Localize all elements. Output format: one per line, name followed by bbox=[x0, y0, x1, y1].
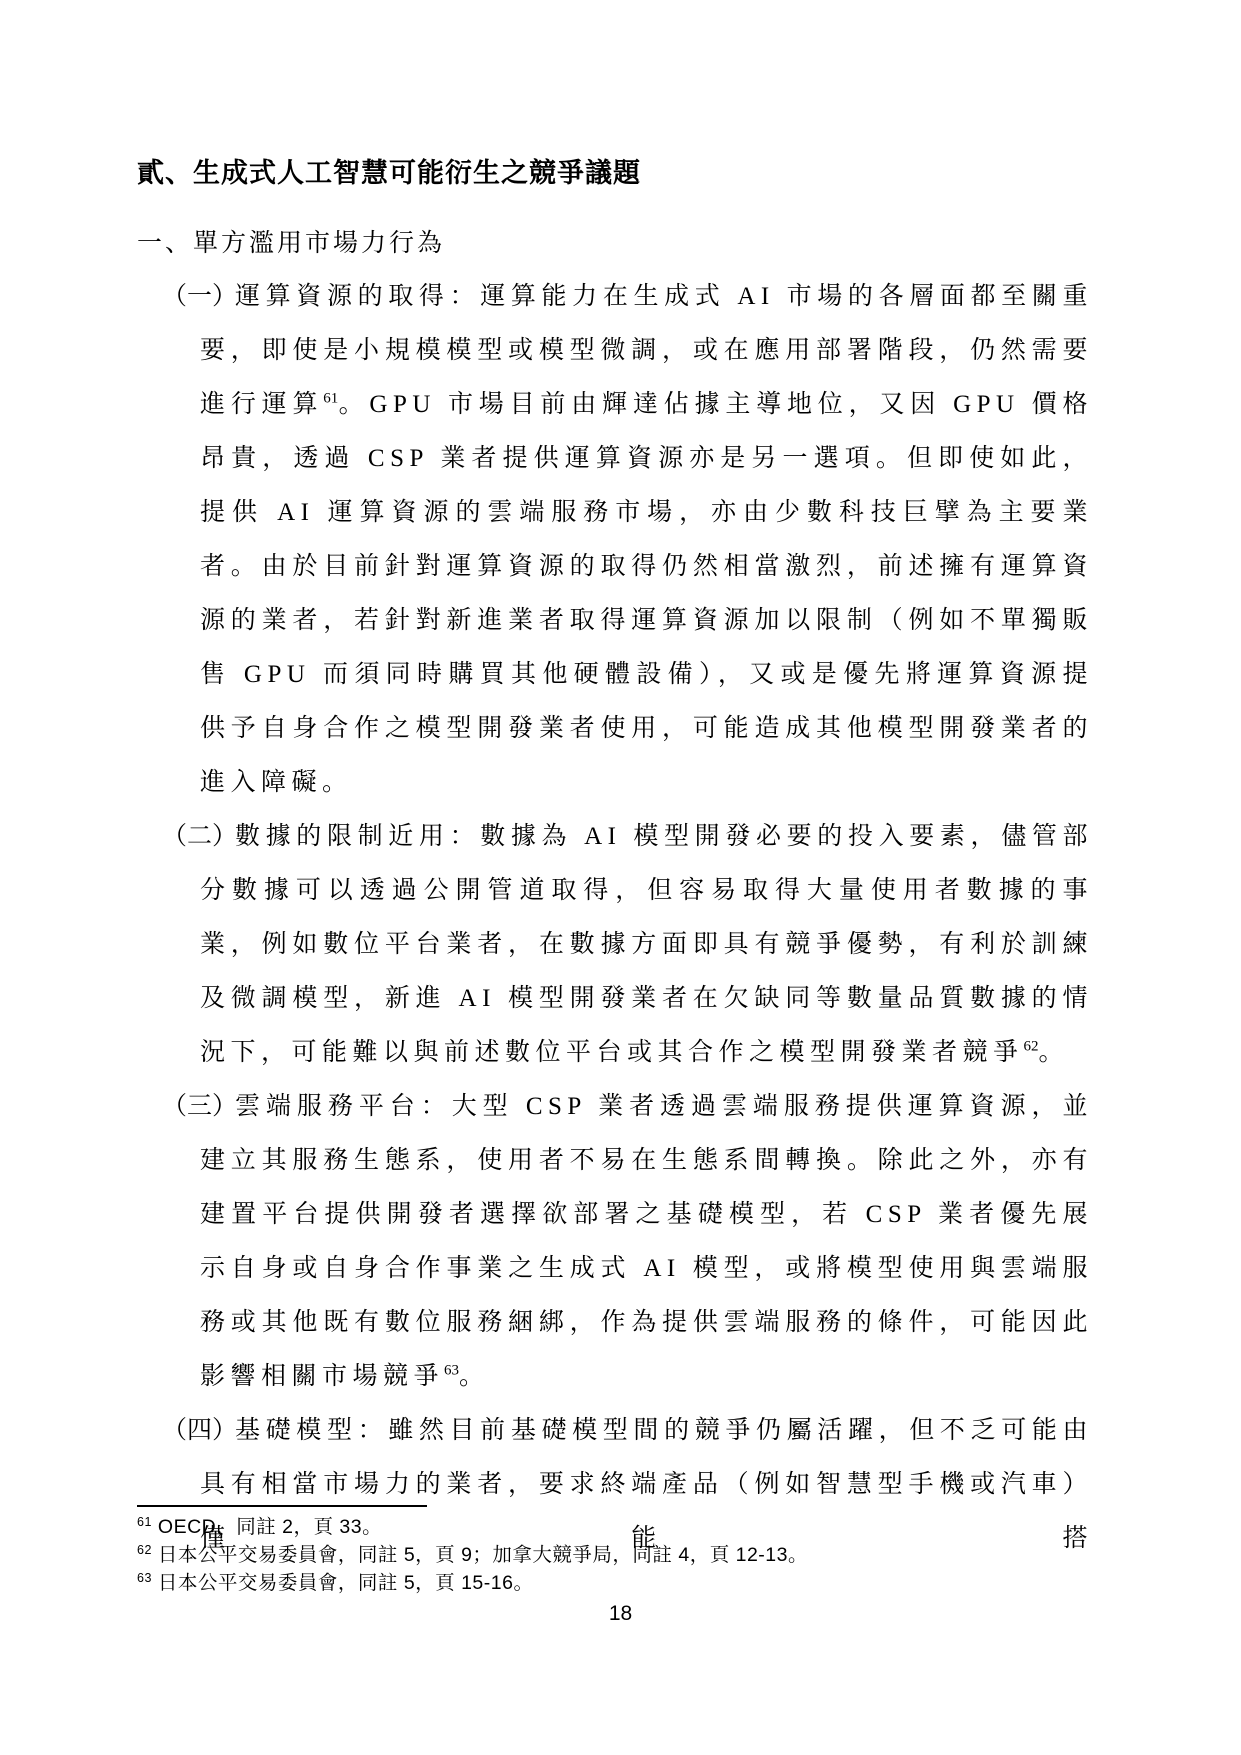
list-item-marker: （三） bbox=[162, 1080, 237, 1134]
footnote-number: 61 bbox=[137, 1515, 152, 1529]
footnotes: 61OECD，同註 2，頁 33。62日本公平交易委員會，同註 5，頁 9；加拿… bbox=[137, 1513, 1093, 1597]
list-item-text: 。GPU 市場目前由輝達佔據主導地位，又因 GPU 價格昂貴，透過 CSP 業者… bbox=[200, 391, 1093, 796]
list-item: （一）運算資源的取得：運算能力在生成式 AI 市場的各層面都至關重要，即使是小規… bbox=[137, 270, 1093, 810]
list-item-marker: （一） bbox=[162, 270, 237, 324]
footnote: 63日本公平交易委員會，同註 5，頁 15-16。 bbox=[137, 1569, 1093, 1597]
list-item-text: 雲端服務平台：大型 CSP 業者透過雲端服務提供運算資源，並建立其服務生態系，使… bbox=[200, 1093, 1093, 1390]
list-item-text: 。 bbox=[459, 1363, 490, 1390]
list-item-text: 數據的限制近用：數據為 AI 模型開發必要的投入要素，儘管部分數據可以透過公開管… bbox=[200, 823, 1093, 1066]
list-item-text: 。 bbox=[1039, 1039, 1070, 1066]
page-number: 18 bbox=[0, 1602, 1241, 1626]
list-item: （三）雲端服務平台：大型 CSP 業者透過雲端服務提供運算資源，並建立其服務生態… bbox=[137, 1080, 1093, 1404]
section-heading: 貳、生成式人工智慧可能衍生之競爭議題 bbox=[137, 150, 1093, 196]
subsection-heading: 一、單方濫用市場力行為 bbox=[137, 224, 1093, 264]
footnote-number: 62 bbox=[137, 1543, 152, 1557]
footnote-reference: 63 bbox=[444, 1363, 459, 1379]
list-item-marker: （二） bbox=[162, 810, 237, 864]
footnote-reference: 62 bbox=[1024, 1039, 1039, 1055]
footnote-text: OECD，同註 2，頁 33。 bbox=[158, 1516, 382, 1538]
footnote: 62日本公平交易委員會，同註 5，頁 9；加拿大競爭局，同註 4，頁 12-13… bbox=[137, 1541, 1093, 1569]
footnote: 61OECD，同註 2，頁 33。 bbox=[137, 1513, 1093, 1541]
list-item: （二）數據的限制近用：數據為 AI 模型開發必要的投入要素，儘管部分數據可以透過… bbox=[137, 810, 1093, 1080]
footnote-text: 日本公平交易委員會，同註 5，頁 15-16。 bbox=[158, 1572, 534, 1594]
numbered-list: （一）運算資源的取得：運算能力在生成式 AI 市場的各層面都至關重要，即使是小規… bbox=[137, 270, 1093, 1566]
document-page: 貳、生成式人工智慧可能衍生之競爭議題 一、單方濫用市場力行為 （一）運算資源的取… bbox=[0, 0, 1241, 1755]
footnote-text: 日本公平交易委員會，同註 5，頁 9；加拿大競爭局，同註 4，頁 12-13。 bbox=[158, 1544, 808, 1566]
footnote-reference: 61 bbox=[323, 391, 338, 407]
list-item-marker: （四） bbox=[162, 1404, 237, 1458]
footnote-number: 63 bbox=[137, 1571, 152, 1585]
footnote-separator bbox=[137, 1505, 427, 1507]
